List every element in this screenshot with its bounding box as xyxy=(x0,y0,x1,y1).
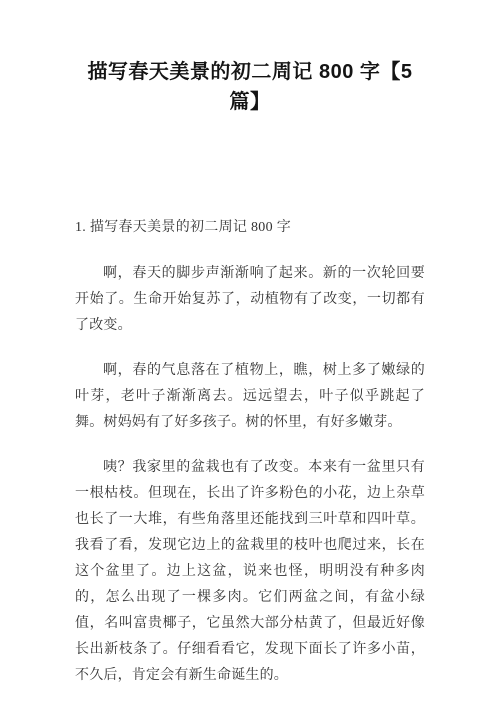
paragraph-3: 咦？我家里的盆栽也有了改变。本来有一盆里只有一根枯枝。但现在，长出了许多粉色的小… xyxy=(75,455,425,689)
paragraph-1: 啊，春天的脚步声渐渐响了起来。新的一次轮回要开始了。生命开始复苏了，动植物有了改… xyxy=(75,261,425,339)
page-title: 描写春天美景的初二周记 800 字【5 篇】 xyxy=(75,57,425,117)
section-heading: 1. 描写春天美景的初二周记 800 字 xyxy=(75,215,425,241)
paragraph-2: 啊，春的气息落在了植物上，瞧，树上多了嫩绿的叶芽，老叶子渐渐离去。远远望去，叶子… xyxy=(75,358,425,436)
document-page: 描写春天美景的初二周记 800 字【5 篇】 1. 描写春天美景的初二周记 80… xyxy=(0,0,500,707)
